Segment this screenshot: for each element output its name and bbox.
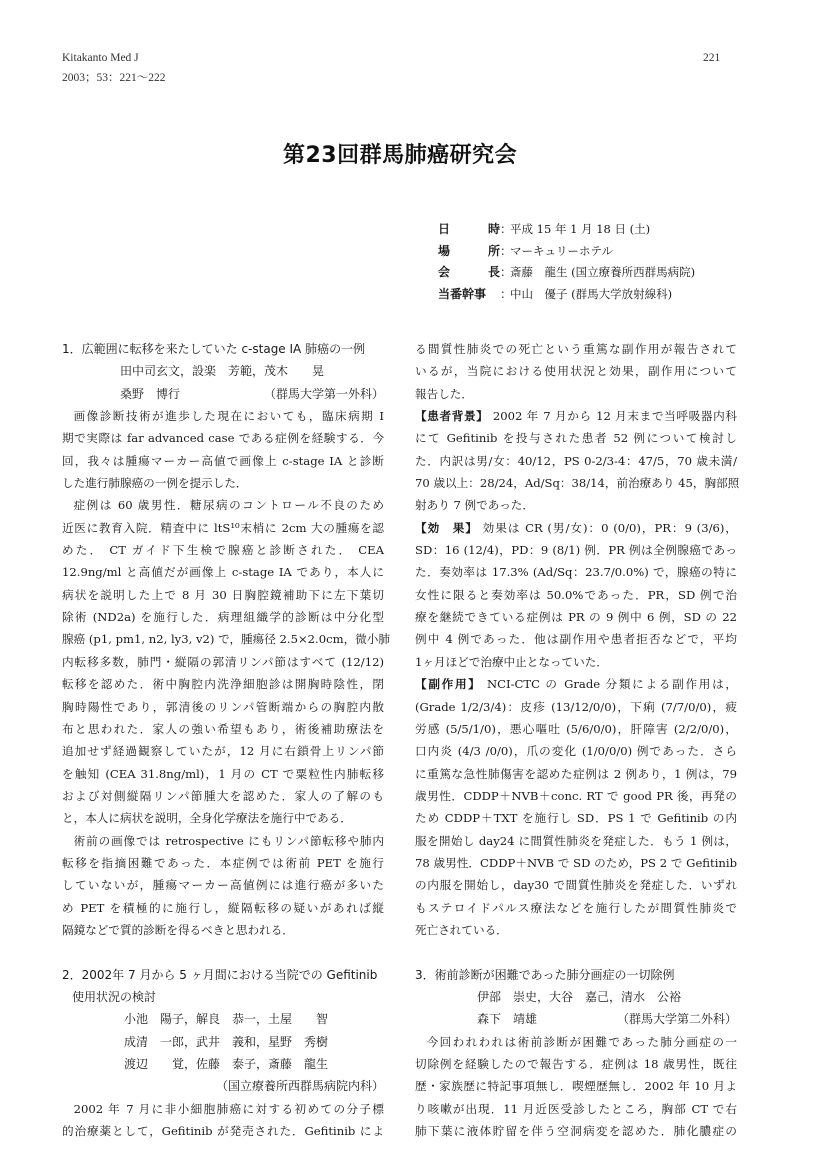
abstract-3-affiliation: （群馬大学第二外科） xyxy=(617,1008,737,1030)
meeting-date: 日時：平成 15 年 1 月 18 日 (土) xyxy=(438,219,695,241)
journal-name: Kitakanto Med J xyxy=(62,48,166,68)
body-line: 労感 (5/5/1/0)，悪心嘔吐 (5/6/0/0)，肝障害 (2/2/0/0… xyxy=(415,718,737,740)
body-line: および対側縦隔リンパ節腫大を認めた．家人の了解のも xyxy=(62,785,384,807)
body-line: もステロイドパルス療法などを施行したが間質性肺炎で xyxy=(415,897,737,919)
body-line: 12.9ng/ml と高値だが画像上 c-stage IA であり，本人に xyxy=(62,561,384,583)
body-line: (Grade 1/2/3/4)：皮疹 (13/12/0/0)，下痢 (7/7/0… xyxy=(415,696,737,718)
body-line: 今回われわれは術前診断が困難であった肺分画症の一 xyxy=(415,1031,737,1053)
journal-header: Kitakanto Med J 2003；53：221～222 xyxy=(62,48,166,88)
abstract-2-title-cont: 使用状況の検討 xyxy=(62,986,384,1008)
body-line: 内転移多数，肺門・縦隔の郭清リンパ節はすべて (12/12) xyxy=(62,651,384,673)
body-line: 70 歳以上：28/24，Ad/Sq：38/14，前治療あり 45，胸部照 xyxy=(415,472,737,494)
page-number: 221 xyxy=(703,52,720,64)
body-line: 女性に限ると奏効率は 50.0%であった．PR，SD 例で治 xyxy=(415,584,737,606)
body-line: 報告した． xyxy=(415,383,737,405)
body-line: 歴・家族歴に特記事項無し．喫煙歴無し．2002 年 10 月よ xyxy=(415,1075,737,1097)
body-line: 切除例を経験したので報告する．症例は 18 歳男性，既往 xyxy=(415,1053,737,1075)
abstract-2-title: 2．2002年 7 月から 5 ヶ月間における当院での Gefitinib xyxy=(62,964,384,986)
body-line: め PET を積極的に施行し，縦隔転移の疑いがあれば縦 xyxy=(62,897,384,919)
abstract-2-body-left: 2002 年 7 月に非小細胞肺癌に対する初めての分子標的治療薬として，Gefi… xyxy=(62,1098,384,1143)
body-line: 期で実際は far advanced case である症例を経験する．今 xyxy=(62,427,384,449)
body-line: 胸時陽性であり，郭清後のリンパ管断端からの胸腔内散 xyxy=(62,696,384,718)
body-line: にて Gefitinib を投与された患者 52 例について検討し xyxy=(415,427,737,449)
body-line: 回，我々は腫瘍マーカー高値で画像上 c-stage IA と診断 xyxy=(62,450,384,472)
body-line: 近医に教育入院．精査中に ltS¹⁰末梢に 2cm 大の腫瘍を認 xyxy=(62,517,384,539)
meeting-key: 日時 xyxy=(438,219,500,241)
meeting-value: 平成 15 年 1 月 18 日 (土) xyxy=(510,219,650,241)
body-line: 画像診断技術が進歩した現在においても，臨床病期 I xyxy=(62,405,384,427)
abstract-3-title: 3．術前診断が困難であった肺分画症の一切除例 xyxy=(415,964,737,986)
left-column: 1．広範囲に転移を来たしていた c-stage IA 肺癌の一例 田中司玄文，設… xyxy=(62,338,384,1142)
body-line: 射あり 7 例であった． xyxy=(415,494,737,516)
body-line: り咳嗽が出現．11 月近医受診したところ，胸部 CT で右 xyxy=(415,1098,737,1120)
abstract-2-authors: 小池 陽子，解良 恭一，土屋 智 xyxy=(62,1008,384,1030)
meeting-key: 当番幹事 xyxy=(438,284,500,306)
abstract-3-authors: 伊部 崇史，大谷 嘉己，清水 公裕 xyxy=(415,986,737,1008)
body-line: 隔鏡などで質的診断を得るべきと思われる． xyxy=(62,919,384,941)
abstract-2-authors: 渡辺 覚，佐藤 泰子，斎藤 龍生 xyxy=(62,1053,384,1075)
body-line: 服を開始し day24 に間質性肺炎を発症した．もう 1 例は， xyxy=(415,830,737,852)
abstract-2-authors: 成清 一郎，武井 義和，星野 秀樹 xyxy=(62,1031,384,1053)
body-line: 追加せず経過観察していたが，12 月に右鎖骨上リンパ節 xyxy=(62,740,384,762)
meeting-value: 中山 優子 (群馬大学放射線科) xyxy=(510,284,672,306)
body-line: 【効 果】 効果は CR (男/女)：0 (0/0)，PR：9 (3/6)， xyxy=(415,517,737,539)
body-line: の内服を開始し，day30 で間質性肺炎を発症した．いずれ xyxy=(415,874,737,896)
meeting-value: 斎藤 龍生 (国立療養所西群馬病院) xyxy=(510,262,695,284)
body-line: 例中 4 例であった．他は副作用や患者拒否などで，平均 xyxy=(415,628,737,650)
meeting-chair: 会長：斎藤 龍生 (国立療養所西群馬病院) xyxy=(438,262,695,284)
abstract-3-affiliation-row: 森下 靖雄 （群馬大学第二外科） xyxy=(415,1008,737,1030)
body-line: 除術 (ND2a) を施行した．病理組織学的診断は中分化型 xyxy=(62,606,384,628)
body-line: 肺下葉に液体貯留を伴う空洞病変を認めた．肺化膿症の xyxy=(415,1120,737,1142)
body-line: を触知 (CEA 31.8ng/ml)，1 月の CT で粟粒性内肺転移 xyxy=(62,763,384,785)
body-line: 転移を認めた．術中胸腔内洗浄細胞診は開胸時陰性，閉 xyxy=(62,673,384,695)
right-column: る間質性肺炎での死亡という重篤な副作用が報告されているが，当院における使用状況と… xyxy=(415,338,737,1142)
body-line: 死亡されている． xyxy=(415,919,737,941)
body-line: 1ヶ月ほどで治療中止となっていた． xyxy=(415,651,737,673)
body-line: 療を継続できている症例は PR の 9 例中 6 例，SD の 22 xyxy=(415,606,737,628)
body-line: 症例は 60 歳男性．糖尿病のコントロール不良のため xyxy=(62,494,384,516)
meeting-info: 日時：平成 15 年 1 月 18 日 (土) 場所：マーキュリーホテル 会長：… xyxy=(438,219,695,305)
body-line: いるが，当院における使用状況と効果，副作用について xyxy=(415,360,737,382)
body-line: 布と思われた．家人の強い希望もあり，術後補助療法を xyxy=(62,718,384,740)
body-line: た．奏効率は 17.3% (Ad/Sq：23.7/0.0%) で，腺癌の特に xyxy=(415,561,737,583)
body-line: に重篤な急性肺傷害を認めた症例は 2 例あり，1 例は，79 xyxy=(415,763,737,785)
abstract-1-last-author: 桑野 博行 xyxy=(120,383,180,405)
abstract-1-body: 画像診断技術が進歩した現在においても，臨床病期 I期で実際は far advan… xyxy=(62,405,384,941)
body-line: 術前の画像では retrospective にもリンパ節転移や肺内 xyxy=(62,830,384,852)
meeting-value: マーキュリーホテル xyxy=(510,241,613,263)
body-line: る間質性肺炎での死亡という重篤な副作用が報告されて xyxy=(415,338,737,360)
abstract-2-body-right: る間質性肺炎での死亡という重篤な副作用が報告されているが，当院における使用状況と… xyxy=(415,338,737,941)
abstract-1-affiliation-row: 桑野 博行 （群馬大学第一外科） xyxy=(62,383,384,405)
body-line: 転移を指摘困難であった．本症例では術前 PET を施行 xyxy=(62,852,384,874)
abstract-3-body: 今回われわれは術前診断が困難であった肺分画症の一切除例を経験したので報告する．症… xyxy=(415,1031,737,1143)
abstract-2-affiliation: （国立療養所西群馬病院内科） xyxy=(62,1075,384,1097)
meeting-key: 会長 xyxy=(438,262,500,284)
body-line: 口内炎 (4/3 /0/0)，爪の変化 (1/0/0/0) 例であった．さら xyxy=(415,740,737,762)
page-title: 第23回群馬肺癌研究会 xyxy=(283,138,517,169)
body-line: 78 歳男性．CDDP＋NVB で SD のため，PS 2 で Gefitini… xyxy=(415,852,737,874)
body-line: 【副作用】 NCI-CTC の Grade 分類による副作用は， xyxy=(415,673,737,695)
body-line: めた． CT ガイド下生検で腺癌と診断された． CEA xyxy=(62,539,384,561)
body-line: た．内訳は男/女：40/12，PS 0-2/3-4：47/5，70 歳未満/ xyxy=(415,450,737,472)
abstract-3-last-author: 森下 靖雄 xyxy=(477,1008,537,1030)
body-line: SD：16 (12/4)，PD：9 (8/1) 例．PR 例は全例腺癌であっ xyxy=(415,539,737,561)
body-line: 病状を説明した上で 8 月 30 日胸腔鏡補助下に左下葉切 xyxy=(62,584,384,606)
body-line: 2002 年 7 月に非小細胞肺癌に対する初めての分子標 xyxy=(62,1098,384,1120)
abstract-1-affiliation: （群馬大学第一外科） xyxy=(264,383,384,405)
meeting-place: 場所：マーキュリーホテル xyxy=(438,241,695,263)
abstract-1-title: 1．広範囲に転移を来たしていた c-stage IA 肺癌の一例 xyxy=(62,338,384,360)
meeting-organizer: 当番幹事：中山 優子 (群馬大学放射線科) xyxy=(438,284,695,306)
body-line: 歳男性．CDDP＋NVB＋conc. RT で good PR 後，再発の xyxy=(415,785,737,807)
body-line: した進行肺腺癌の一例を提示した． xyxy=(62,472,384,494)
body-line: と，本人に病状を説明，全身化学療法を施行中である． xyxy=(62,807,384,829)
body-line: ため CDDP＋TXT を施行し SD．PS 1 で Gefitinib の内 xyxy=(415,807,737,829)
body-line: していないが，腫瘍マーカー高値例には進行癌が多いた xyxy=(62,874,384,896)
journal-citation: 2003；53：221～222 xyxy=(62,68,166,88)
meeting-key: 場所 xyxy=(438,241,500,263)
body-line: 【患者背景】 2002 年 7 月から 12 月末まで当呼吸器内科 xyxy=(415,405,737,427)
body-line: 腺癌 (p1, pm1, n2, ly3, v2) で，腫瘍径 2.5×2.0c… xyxy=(62,628,384,650)
body-line: 的治療薬として，Gefitinib が発売された．Gefitinib によ xyxy=(62,1120,384,1142)
abstract-1-authors: 田中司玄文，設楽 芳範，茂木 晃 xyxy=(62,360,384,382)
